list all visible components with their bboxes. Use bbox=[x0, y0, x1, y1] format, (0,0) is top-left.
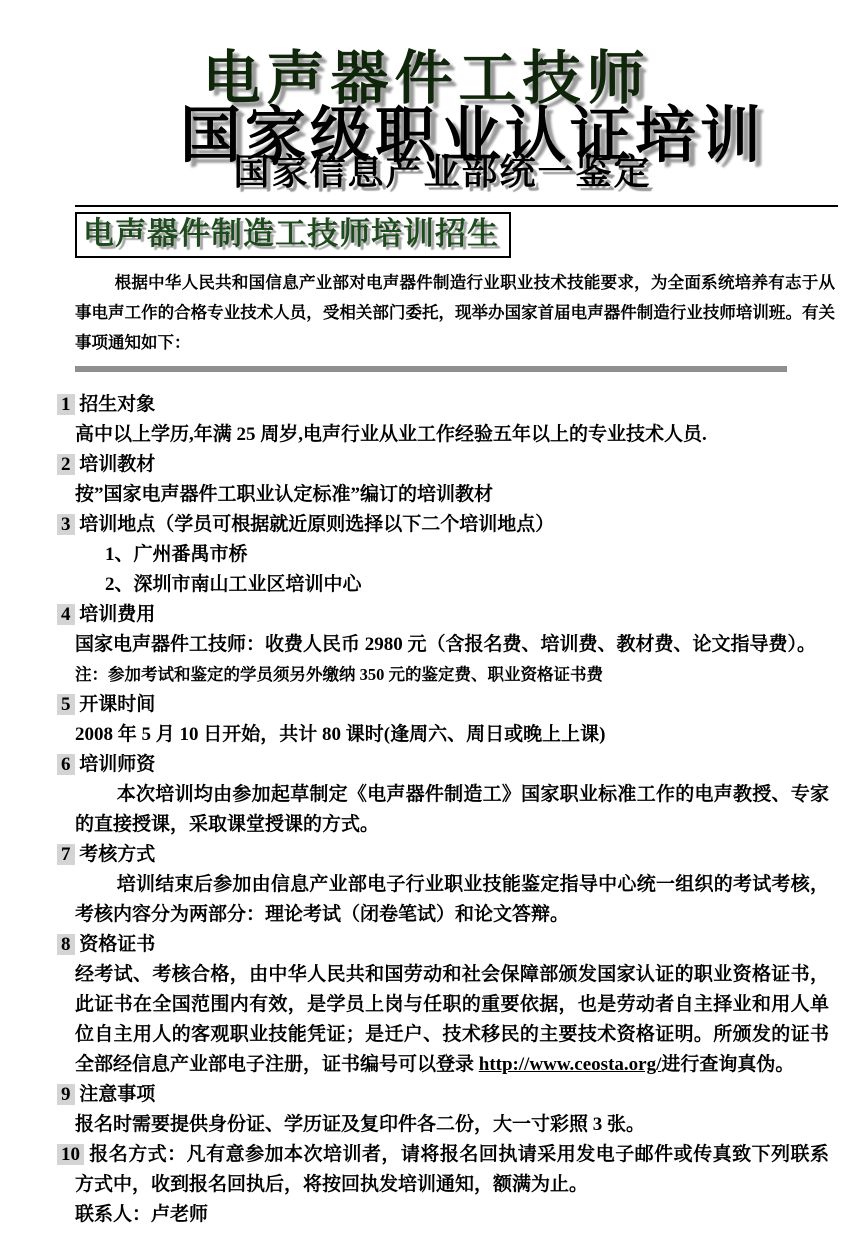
section-title: 培训费用 bbox=[79, 604, 155, 625]
section-faculty: 6 培训师资 本次培训均由参加起草制定《电声器件制造工》国家职业标准工作的电声教… bbox=[57, 750, 829, 840]
section-assessment: 7 考核方式 培训结束后参加由信息产业部电子行业职业技能鉴定指导中心统一组织的考… bbox=[57, 840, 829, 930]
section-recruit-target: 1 招生对象 高中以上学历,年满 25 周岁,电声行业从业工作经验五年以上的专业… bbox=[57, 390, 829, 450]
section-training-material: 2 培训教材 按”国家电声器件工职业认定标准”编订的培训教材 bbox=[57, 450, 829, 510]
fee-note: 注：参加考试和鉴定的学员须另外缴纳 350 元的鉴定费、职业资格证书费 bbox=[57, 660, 829, 690]
section-start-time: 5 开课时间 2008 年 5 月 10 日开始，共计 80 课时(逢周六、周日… bbox=[57, 690, 829, 750]
section-title: 资格证书 bbox=[79, 934, 155, 955]
registration-paragraph: 10 报名方式：凡有意参加本次培训者，请将报名回执请采用发电子邮件或传真致下列联… bbox=[57, 1140, 829, 1200]
section-heading: 5 开课时间 bbox=[57, 690, 829, 720]
registration-body: 凡有意参加本次培训者，请将报名回执请采用发电子邮件或传真致下列联系方式中，收到报… bbox=[75, 1144, 829, 1195]
verification-url-link[interactable]: http://www.ceosta.org/ bbox=[479, 1054, 662, 1075]
section-body: 按”国家电声器件工职业认定标准”编订的培训教材 bbox=[57, 480, 829, 510]
section-title: 培训师资 bbox=[79, 754, 155, 775]
intro-paragraph: 根据中华人民共和国信息产业部对电声器件制造行业职业技术技能要求，为全面系统培养有… bbox=[75, 268, 835, 358]
section-number: 4 bbox=[57, 604, 75, 625]
section-heading: 7 考核方式 bbox=[57, 840, 829, 870]
section-heading: 2 培训教材 bbox=[57, 450, 829, 480]
document-header: 电声器件工技师 国家级职业认证培训 国家信息产业部统一鉴定 bbox=[0, 0, 853, 190]
section-number: 2 bbox=[57, 454, 75, 475]
section-notes: 9 注意事项 报名时需要提供身份证、学历证及复印件各二份，大一寸彩照 3 张。 bbox=[57, 1080, 829, 1140]
section-title: 报名方式： bbox=[89, 1144, 186, 1165]
contact-person: 联系人：卢老师 bbox=[57, 1200, 829, 1230]
section-heading: 1 招生对象 bbox=[57, 390, 829, 420]
subtitle-authority: 国家信息产业部统一鉴定 bbox=[16, 154, 853, 190]
section-heading: 6 培训师资 bbox=[57, 750, 829, 780]
section-number: 3 bbox=[57, 514, 75, 535]
section-title: 招生对象 bbox=[79, 394, 155, 415]
main-title: 电声器件工技师 bbox=[0, 50, 853, 108]
boxed-recruit-title: 电声器件制造工技师培训招生 bbox=[75, 212, 511, 258]
certificate-text-post: 进行查询真伪。 bbox=[661, 1054, 794, 1075]
section-body: 培训结束后参加由信息产业部电子行业职业技能鉴定指导中心统一组织的考试考核，考核内… bbox=[57, 870, 829, 930]
section-number: 9 bbox=[57, 1084, 75, 1105]
document-page: 电声器件工技师 国家级职业认证培训 国家信息产业部统一鉴定 电声器件制造工技师培… bbox=[0, 0, 853, 1250]
section-number: 1 bbox=[57, 394, 75, 415]
section-number: 5 bbox=[57, 694, 75, 715]
section-body: 本次培训均由参加起草制定《电声器件制造工》国家职业标准工作的电声教授、专家的直接… bbox=[57, 780, 829, 840]
sections-list: 1 招生对象 高中以上学历,年满 25 周岁,电声行业从业工作经验五年以上的专业… bbox=[57, 390, 829, 1230]
section-title: 考核方式 bbox=[79, 844, 155, 865]
section-title: 开课时间 bbox=[79, 694, 155, 715]
section-training-fee: 4 培训费用 国家电声器件工技师：收费人民币 2980 元（含报名费、培训费、教… bbox=[57, 600, 829, 690]
section-heading: 4 培训费用 bbox=[57, 600, 829, 630]
horizontal-rule bbox=[75, 205, 838, 207]
fee-body: 国家电声器件工技师：收费人民币 2980 元（含报名费、培训费、教材费、论文指导… bbox=[57, 630, 829, 660]
location-item-shenzhen: 2、深圳市南山工业区培训中心 bbox=[57, 570, 829, 600]
section-number: 6 bbox=[57, 754, 75, 775]
section-registration: 10 报名方式：凡有意参加本次培训者，请将报名回执请采用发电子邮件或传真致下列联… bbox=[57, 1140, 829, 1230]
section-training-location: 3 培训地点（学员可根据就近原则选择以下二个培训地点） 1、广州番禺市桥 2、深… bbox=[57, 510, 829, 600]
section-certificate: 8 资格证书 经考试、考核合格，由中华人民共和国劳动和社会保障部颁发国家认证的职… bbox=[57, 930, 829, 1080]
section-number: 10 bbox=[57, 1144, 84, 1165]
section-heading: 8 资格证书 bbox=[57, 930, 829, 960]
certificate-body: 经考试、考核合格，由中华人民共和国劳动和社会保障部颁发国家认证的职业资格证书，此… bbox=[57, 960, 829, 1080]
gray-divider-bar bbox=[75, 366, 787, 372]
section-number: 8 bbox=[57, 934, 75, 955]
section-number: 7 bbox=[57, 844, 75, 865]
section-body: 报名时需要提供身份证、学历证及复印件各二份，大一寸彩照 3 张。 bbox=[57, 1110, 829, 1140]
section-title: 培训教材 bbox=[79, 454, 155, 475]
section-body: 高中以上学历,年满 25 周岁,电声行业从业工作经验五年以上的专业技术人员. bbox=[57, 420, 829, 450]
section-title: 注意事项 bbox=[79, 1084, 155, 1105]
location-item-guangzhou: 1、广州番禺市桥 bbox=[57, 540, 829, 570]
section-heading: 9 注意事项 bbox=[57, 1080, 829, 1110]
section-title: 培训地点（学员可根据就近原则选择以下二个培训地点） bbox=[79, 514, 554, 535]
section-body: 2008 年 5 月 10 日开始，共计 80 课时(逢周六、周日或晚上上课) bbox=[57, 720, 829, 750]
section-heading: 3 培训地点（学员可根据就近原则选择以下二个培训地点） bbox=[57, 510, 829, 540]
